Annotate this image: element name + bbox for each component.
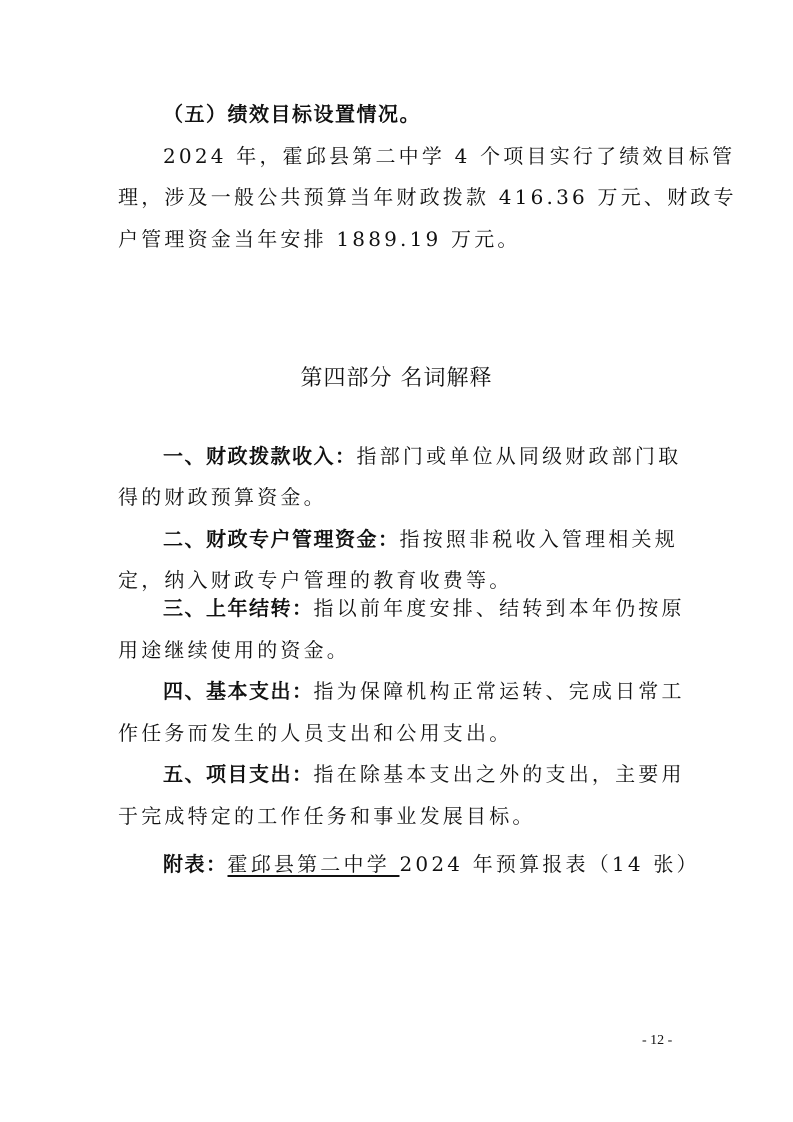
term-definition: 一、财政拨款收入：指部门或单位从同级财政部门取	[163, 442, 678, 470]
term-label: 三、上年结转：	[163, 596, 314, 620]
term-text: 指以前年度安排、结转到本年仍按原	[314, 596, 685, 620]
attachment-label: 附表：	[163, 852, 228, 876]
section-heading-performance-targets: （五）绩效目标设置情况。	[163, 100, 678, 128]
paragraph-line: 理，涉及一般公共预算当年财政拨款 416.36 万元、财政专	[118, 183, 678, 211]
paragraph-line: 2024 年，霍邱县第二中学 4 个项目实行了绩效目标管	[163, 142, 678, 170]
term-definition: 二、财政专户管理资金：指按照非税收入管理相关规	[163, 525, 678, 553]
attachment-description: 2024 年预算报表（14 张）	[399, 852, 699, 876]
term-text: 指按照非税收入管理相关规	[400, 527, 678, 551]
term-definition: 五、项目支出：指在除基本支出之外的支出，主要用	[163, 760, 678, 788]
term-label: 四、基本支出：	[163, 679, 314, 703]
term-text: 指在除基本支出之外的支出，主要用	[314, 762, 685, 786]
part-title: 第四部分 名词解释	[0, 364, 793, 394]
term-definition-continued: 定，纳入财政专户管理的教育收费等。	[118, 566, 678, 594]
term-label: 一、财政拨款收入：	[163, 444, 357, 468]
term-text: 指部门或单位从同级财政部门取	[357, 444, 682, 468]
term-definition-continued: 用途继续使用的资金。	[118, 636, 678, 664]
term-definition-continued: 作任务而发生的人员支出和公用支出。	[118, 719, 678, 747]
page-number: - 12 -	[642, 1033, 672, 1049]
term-text: 指为保障机构正常运转、完成日常工	[314, 679, 685, 703]
attachment-line: 附表：霍邱县第二中学 2024 年预算报表（14 张）	[163, 850, 678, 878]
term-label: 五、项目支出：	[163, 762, 314, 786]
term-label: 二、财政专户管理资金：	[163, 527, 400, 551]
term-definition-continued: 得的财政预算资金。	[118, 483, 678, 511]
term-definition-continued: 于完成特定的工作任务和事业发展目标。	[118, 802, 678, 830]
attachment-unit-name: 霍邱县第二中学	[228, 852, 400, 876]
paragraph-line: 户管理资金当年安排 1889.19 万元。	[118, 225, 678, 253]
term-definition: 三、上年结转：指以前年度安排、结转到本年仍按原	[163, 594, 678, 622]
term-definition: 四、基本支出：指为保障机构正常运转、完成日常工	[163, 677, 678, 705]
